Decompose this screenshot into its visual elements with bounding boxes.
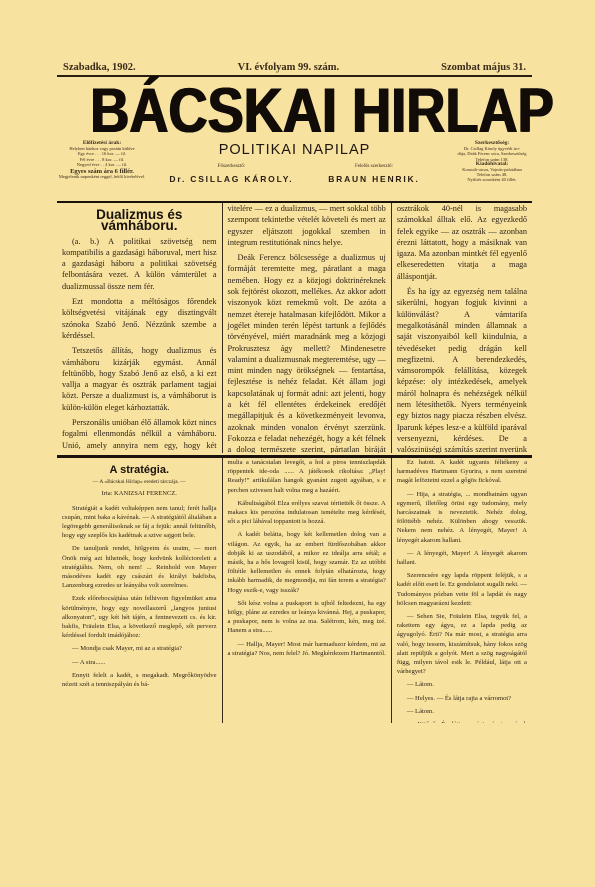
office-box: Szerkesztőség: Dr. Csillag Károly ügyvéd… bbox=[442, 141, 542, 183]
paragraph: Sőt kész volna a puskaport is ujból felt… bbox=[228, 599, 386, 636]
chief-editor-role: Főszerkesztő: bbox=[169, 164, 293, 169]
paragraph: Stratégiát a kadét voltaképpen nem tanul… bbox=[62, 504, 217, 541]
paragraph: Szerencsére egy lapda röppent feléjük, s… bbox=[397, 571, 527, 608]
responsible-editor-name: BRAUN HENRIK. bbox=[328, 174, 419, 184]
paragraph: Deák Ferencz bölcsessége a dualizmus uj … bbox=[228, 252, 386, 453]
masthead-title: BÁCSKAI HIRLAP bbox=[90, 83, 499, 139]
paragraph: — Kitűnő. És látja a régi vár tornyának … bbox=[397, 720, 527, 723]
paragraph: osztrákok 40-nél is magasabb számokkal á… bbox=[397, 203, 527, 282]
paragraph: A kadét belátta, hogy két kellemetlen do… bbox=[228, 530, 386, 594]
dateline: Szabadka, 1902. VI. évfolyam 99. szám. S… bbox=[57, 62, 532, 77]
feuilleton-column-3: Ez hatott. A kadét ugyanis féltékeny a h… bbox=[391, 458, 532, 723]
paragraph: — Látom. bbox=[397, 707, 527, 716]
paragraph: — Hallja, Mayer! Most már harmadszor kér… bbox=[228, 640, 386, 658]
editors: Főszerkesztő: Dr. CSILLAG KÁROLY. Felelő… bbox=[152, 164, 437, 184]
paragraph: (a. b.) A politikai szövetség nem kompat… bbox=[62, 236, 217, 292]
paragraphs: Ez hatott. A kadét ugyanis féltékeny a h… bbox=[397, 458, 527, 723]
paragraph: vitelére — ez a dualizmus, — mert sokkal… bbox=[228, 203, 386, 248]
lead-article-title: Dualizmus és vámháboru. bbox=[62, 209, 217, 232]
masthead-subheader: Előfizetési árak: Helyben házhoz vagy po… bbox=[57, 139, 532, 201]
paragraph: — Látom. bbox=[397, 680, 527, 689]
paragraph: Tetszetős állítás, hogy dualizmus és vám… bbox=[62, 345, 217, 413]
paragraph: — A lényegét, Mayer! A lényegét akarom h… bbox=[397, 549, 527, 567]
lead-article-column-1: Dualizmus és vámháboru. (a. b.) A politi… bbox=[57, 203, 222, 453]
chief-editor-name: Dr. CSILLAG KÁROLY. bbox=[169, 174, 293, 184]
paragraphs: (a. b.) A politikai szövetség nem kompat… bbox=[62, 236, 217, 453]
dateline-date: Szombat május 31. bbox=[441, 62, 526, 73]
responsible-editor: Felelős szerkesztő: BRAUN HENRIK. bbox=[328, 164, 419, 184]
paragraph: De tanuljunk rendet, hölgyeim és uraim, … bbox=[62, 544, 217, 590]
paragraphs: mulia a tanácstalan levegőt, a hol a pir… bbox=[228, 458, 386, 658]
masthead-center: POLITIKAI NAPILAP Főszerkesztő: Dr. CSIL… bbox=[152, 139, 437, 184]
dateline-place-year: Szabadka, 1902. bbox=[63, 62, 136, 73]
paragraph: — Sehen Sie, Fräulein Elsa, tegyük fel, … bbox=[397, 612, 527, 676]
paragraph: Kábultságából Elza erélyes szavai térite… bbox=[228, 499, 386, 527]
feuilleton-byline: Irta: KANIZSAI FERENCZ. bbox=[62, 489, 217, 498]
responsible-editor-role: Felelős szerkesztő: bbox=[328, 164, 419, 169]
paragraph: Perszonális unióban élő államok közt nin… bbox=[62, 417, 217, 453]
paragraph: Ezt mondotta a méltóságos főrendek költs… bbox=[62, 296, 217, 341]
subscription-line: Negyed évre . . 4 kor. — fil. bbox=[57, 162, 147, 167]
chief-editor: Főszerkesztő: Dr. CSILLAG KÁROLY. bbox=[169, 164, 293, 184]
paragraph: — Hija, a stratégia, ... mondhatnám ugya… bbox=[397, 490, 527, 545]
lead-article: Dualizmus és vámháboru. (a. b.) A politi… bbox=[57, 203, 532, 453]
lead-article-column-2: vitelére — ez a dualizmus, — mert sokkal… bbox=[222, 203, 391, 453]
feuilleton-subtitle: — A »Bácskai Hírlap« eredeti tárczája. — bbox=[62, 478, 217, 487]
masthead-subtitle: POLITIKAI NAPILAP bbox=[152, 142, 437, 158]
feuilleton: A stratégia. — A »Bácskai Hírlap« eredet… bbox=[57, 458, 532, 723]
subscription-box: Előfizetési árak: Helyben házhoz vagy po… bbox=[57, 141, 147, 179]
paragraphs: osztrákok 40-nél is magasabb számokkal á… bbox=[397, 203, 527, 453]
dateline-volume-issue: VI. évfolyam 99. szám. bbox=[238, 62, 339, 73]
feuilleton-title: A stratégia. bbox=[62, 466, 217, 475]
publication-note: Megjelenik naponként reggel, hétfő kivét… bbox=[57, 174, 147, 179]
paragraph: Ez hatott. A kadét ugyanis féltékeny a h… bbox=[397, 458, 527, 486]
paragraph: És ha így az egyezség nem találna sikerü… bbox=[397, 286, 527, 453]
paragraph: mulia a tanácstalan levegőt, a hol a pir… bbox=[228, 458, 386, 495]
paragraph: — Helyes. — És látja rajta a várromot? bbox=[397, 694, 527, 703]
feuilleton-column-1: A stratégia. — A »Bácskai Hírlap« eredet… bbox=[57, 458, 222, 723]
paragraph: Ennyit felelt a kadét, s megakadt. Megrő… bbox=[62, 671, 217, 689]
feuilleton-column-2: mulia a tanácstalan levegőt, a hol a pir… bbox=[222, 458, 391, 723]
paragraph: — Mondja csak Mayer, mi az a stratégia? bbox=[62, 644, 217, 653]
paragraph: — A stra...... bbox=[62, 658, 217, 667]
paragraphs: vitelére — ez a dualizmus, — mert sokkal… bbox=[228, 203, 386, 453]
newspaper-page: Szabadka, 1902. VI. évfolyam 99. szám. S… bbox=[57, 62, 532, 723]
paragraphs: Stratégiát a kadét voltaképpen nem tanul… bbox=[62, 504, 217, 690]
publishing-office-line: Nyilttér soronként 40 fillér. bbox=[442, 177, 542, 182]
lead-article-column-3: osztrákok 40-nél is magasabb számokkal á… bbox=[391, 203, 532, 453]
paragraph: Ezek előrebocsájtása után felhivom figye… bbox=[62, 594, 217, 640]
